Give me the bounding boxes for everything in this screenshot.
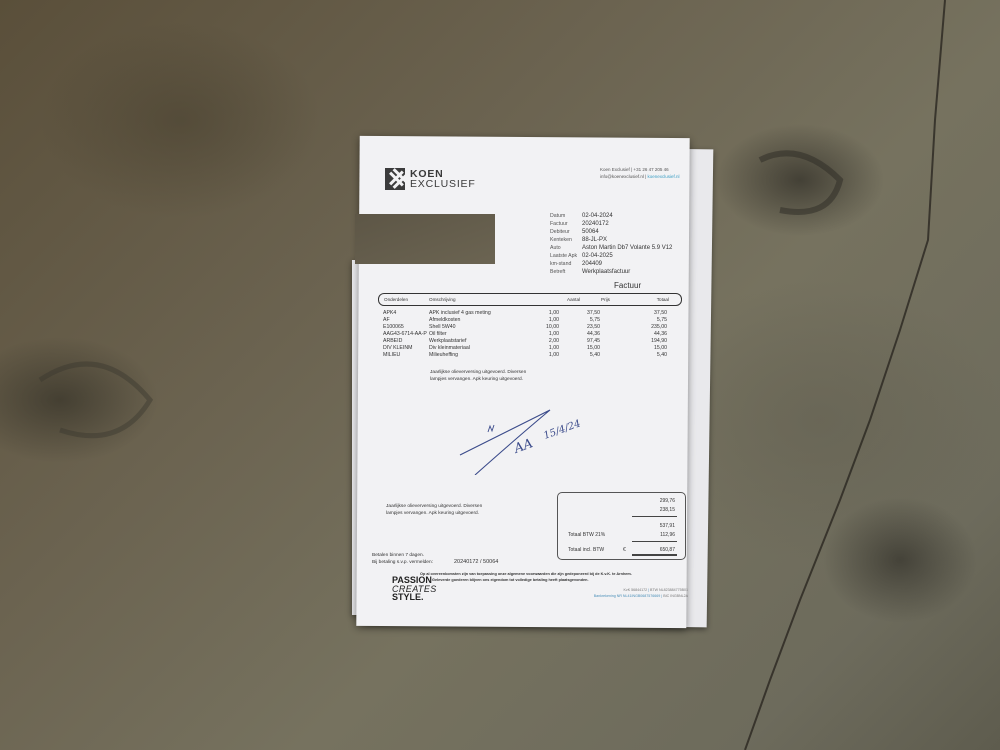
cell-price: 97,45 — [587, 338, 600, 344]
cell-price: 44,36 — [587, 331, 600, 337]
contact-email: info@koenexclusief.nl — [600, 174, 644, 179]
summary-note-line2: lampjes vervangen. Apk keuring uitgevoer… — [386, 510, 482, 517]
table-header: Onderdelen Omschrijving Aantal Prijs Tot… — [378, 293, 682, 306]
meta-label: Auto — [550, 245, 582, 251]
handwritten-signature: AA 15/4/24 — [450, 395, 610, 475]
paper-tear-gap — [355, 214, 495, 264]
cell-part: AAG43-6714-AA-P — [383, 331, 427, 337]
subtotal-a: 299,76 — [660, 498, 675, 504]
meta-value: 02-04-2024 — [582, 213, 613, 219]
header-quantity: Aantal — [567, 297, 580, 302]
company-contact: Koen Exclusief | +31 26 47 205 46 info@k… — [600, 166, 680, 180]
header-total: Totaal — [657, 297, 669, 302]
contact-phone: Koen Exclusief | +31 26 47 205 46 — [600, 166, 680, 173]
payment-reference: 20240172 / 50064 — [454, 559, 498, 566]
table-row: E100065Shell 5W4010,0023,50235,00 — [383, 324, 675, 331]
slogan: PASSION CREATES STYLE. — [392, 576, 437, 602]
cell-part: AF — [383, 317, 390, 323]
logo-mark-icon — [385, 168, 405, 190]
cell-desc: Milieuheffing — [429, 352, 458, 358]
cell-desc: APK inclusief 4 gas meting — [429, 310, 491, 316]
payment-terms: Betalen binnen 7 dagen. — [372, 552, 433, 559]
work-note-line2: lampjes vervangen. Apk keuring uitgevoer… — [430, 376, 526, 383]
table-row: ARBEIDWerkplaatstarief2,0097,45194,90 — [383, 338, 675, 345]
currency-symbol: € — [623, 547, 626, 553]
cell-part: MILIEU — [383, 352, 400, 358]
summary-note: Jaarlijkse olieverversing uitgevoerd. Di… — [386, 503, 482, 517]
cell-qty: 1,00 — [549, 352, 559, 358]
meta-label: Factuur — [550, 221, 582, 227]
grand-total-label: Totaal incl. BTW — [568, 547, 604, 553]
table-row: AFAfmeldkosten1,005,755,75 — [383, 317, 675, 324]
meta-label: Laatste Apk — [550, 253, 582, 259]
bic-code: BIC INGBNL2A — [663, 594, 688, 598]
header-description: Omschrijving — [429, 297, 456, 302]
cell-qty: 1,00 — [549, 317, 559, 323]
cell-part: APK4 — [383, 310, 396, 316]
cell-part: DIV KLEINM — [383, 345, 412, 351]
cell-total: 194,90 — [651, 338, 667, 344]
header-part: Onderdelen — [384, 297, 408, 302]
table-row: DIV KLEINMDiv kleinmateriaal1,0015,0015,… — [383, 345, 675, 352]
cell-qty: 1,00 — [549, 310, 559, 316]
kvk-number: KvK 56844172 — [624, 588, 648, 592]
meta-value: 20240172 — [582, 221, 609, 227]
cell-qty: 2,00 — [549, 338, 559, 344]
payment-reference-label: Bij betaling s.v.p. vermelden: — [372, 559, 433, 566]
slogan-line3: STYLE. — [392, 593, 437, 602]
contact-website: koenexclusief.nl — [648, 174, 680, 179]
cell-desc: Oil filter — [429, 331, 447, 337]
meta-label: Betreft — [550, 269, 582, 275]
meta-value: 88-JL-PX — [582, 237, 607, 243]
meta-value: Werkplaatsfactuur — [582, 269, 630, 275]
cell-total: 15,00 — [654, 345, 667, 351]
company-registration: KvK 56844172 | BTW NL823884775B01 Bankre… — [560, 587, 688, 599]
cell-total: 235,00 — [651, 324, 667, 330]
cell-qty: 1,00 — [549, 345, 559, 351]
signature-date: 15/4/24 — [542, 418, 582, 442]
totals-box: 299,76 238,15 537,91 Totaal BTW 21% 112,… — [557, 492, 686, 560]
cell-total: 5,40 — [657, 352, 667, 358]
table-row: APK4APK inclusief 4 gas meting1,0037,503… — [383, 310, 675, 317]
cell-price: 15,00 — [587, 345, 600, 351]
cell-total: 37,50 — [654, 310, 667, 316]
terms-line2: Geleverde goederen blijven ons eigendom … — [420, 578, 632, 584]
net-total: 537,91 — [660, 523, 675, 529]
meta-label: Kenteken — [550, 237, 582, 243]
cell-desc: Werkplaatstarief — [429, 338, 466, 344]
cell-price: 5,40 — [590, 352, 600, 358]
meta-value: Aston Martin Db7 Volante 5.9 V12 — [582, 245, 672, 251]
company-name-line2: EXCLUSIEF — [410, 179, 476, 189]
meta-value: 50064 — [582, 229, 599, 235]
grand-total: 650,87 — [660, 547, 675, 553]
bank-account: Bankrekening NR NL41INGB0687576669 — [594, 594, 661, 598]
work-note-line1: Jaarlijkse olieverversing uitgevoerd. Di… — [430, 369, 526, 376]
terms-line1: Op al overeenkomsten zijn van toepassing… — [420, 572, 632, 578]
cell-price: 37,50 — [587, 310, 600, 316]
vat-amount: 112,96 — [660, 532, 675, 538]
document-title: Factuur — [614, 281, 641, 290]
summary-note-line1: Jaarlijkse olieverversing uitgevoerd. Di… — [386, 503, 482, 510]
cell-part: ARBEID — [383, 338, 402, 344]
cell-qty: 1,00 — [549, 331, 559, 337]
vat-label: Totaal BTW 21% — [568, 532, 605, 538]
invoice-meta: Datum02-04-2024 Factuur20240172 Debiteur… — [550, 212, 672, 276]
subtotal-b: 238,15 — [660, 507, 675, 513]
cell-desc: Div kleinmateriaal — [429, 345, 470, 351]
cell-desc: Afmeldkosten — [429, 317, 460, 323]
meta-label: Datum — [550, 213, 582, 219]
table-row: MILIEUMilieuheffing1,005,405,40 — [383, 352, 675, 359]
cell-price: 5,75 — [590, 317, 600, 323]
meta-label: km-stand — [550, 261, 582, 267]
invoice-lines: APK4APK inclusief 4 gas meting1,0037,503… — [383, 310, 675, 359]
meta-label: Debiteur — [550, 229, 582, 235]
cell-price: 23,50 — [587, 324, 600, 330]
work-note: Jaarlijkse olieverversing uitgevoerd. Di… — [430, 369, 526, 383]
payment-instructions: Betalen binnen 7 dagen. Bij betaling s.v… — [372, 552, 433, 566]
meta-value: 02-04-2025 — [582, 253, 613, 259]
cell-part: E100065 — [383, 324, 404, 330]
terms-and-conditions: Op al overeenkomsten zijn van toepassing… — [420, 572, 632, 583]
cell-total: 44,36 — [654, 331, 667, 337]
cell-qty: 10,00 — [546, 324, 559, 330]
company-logo: KOEN EXCLUSIEF — [385, 168, 476, 190]
meta-value: 204409 — [582, 261, 602, 267]
header-price: Prijs — [601, 297, 610, 302]
cell-desc: Shell 5W40 — [429, 324, 456, 330]
vat-number: BTW NL823884775B01 — [650, 588, 688, 592]
table-row: AAG43-6714-AA-POil filter1,0044,3644,36 — [383, 331, 675, 338]
cell-total: 5,75 — [657, 317, 667, 323]
